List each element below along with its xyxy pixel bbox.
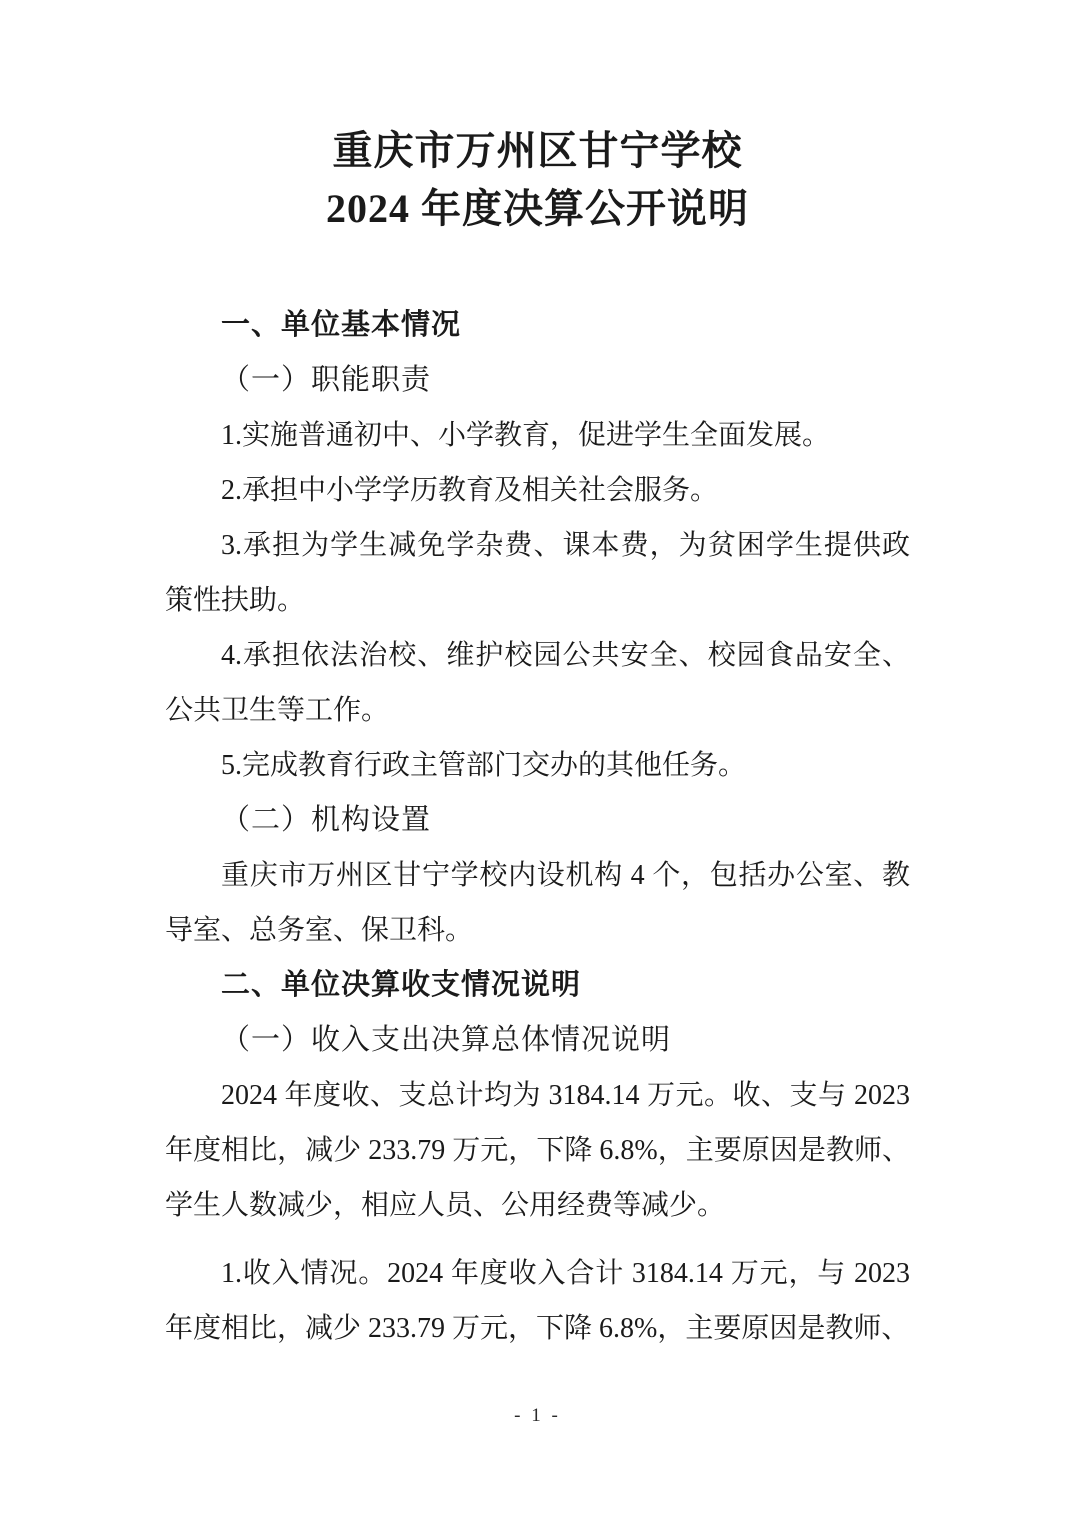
document-title-line-2: 2024 年度决算公开说明 [0,180,1075,238]
paragraph: 重庆市万州区甘宁学校内设机构 4 个，包括办公室、教导室、总务室、保卫科。 [165,848,910,958]
document-body: 一、单位基本情况 （一）职能职责 1.实施普通初中、小学教育，促进学生全面发展。… [165,298,910,1356]
subsection-heading: （一）职能职责 [165,353,910,408]
document-title-line-1: 重庆市万州区甘宁学校 [0,122,1075,180]
paragraph: 1.收入情况。2024 年度收入合计 3184.14 万元，与 2023 年度相… [165,1246,910,1356]
paragraph: 1.实施普通初中、小学教育，促进学生全面发展。 [165,408,910,463]
paragraph: 2.承担中小学学历教育及相关社会服务。 [165,463,910,518]
paragraph: 4.承担依法治校、维护校园公共安全、校园食品安全、公共卫生等工作。 [165,628,910,738]
section-heading: 一、单位基本情况 [165,298,910,353]
section-heading: 二、单位决算收支情况说明 [165,958,910,1013]
paragraph: 2024 年度收、支总计均为 3184.14 万元。收、支与 2023 年度相比… [165,1068,910,1233]
document-title: 重庆市万州区甘宁学校 2024 年度决算公开说明 [0,0,1075,238]
paragraph: 5.完成教育行政主管部门交办的其他任务。 [165,738,910,793]
paragraph: 3.承担为学生减免学杂费、课本费，为贫困学生提供政策性扶助。 [165,518,910,628]
document-page: 重庆市万州区甘宁学校 2024 年度决算公开说明 一、单位基本情况 （一）职能职… [0,0,1075,1520]
subsection-heading: （二）机构设置 [165,793,910,848]
page-number: - 1 - [0,1405,1075,1427]
subsection-heading: （一）收入支出决算总体情况说明 [165,1013,910,1068]
